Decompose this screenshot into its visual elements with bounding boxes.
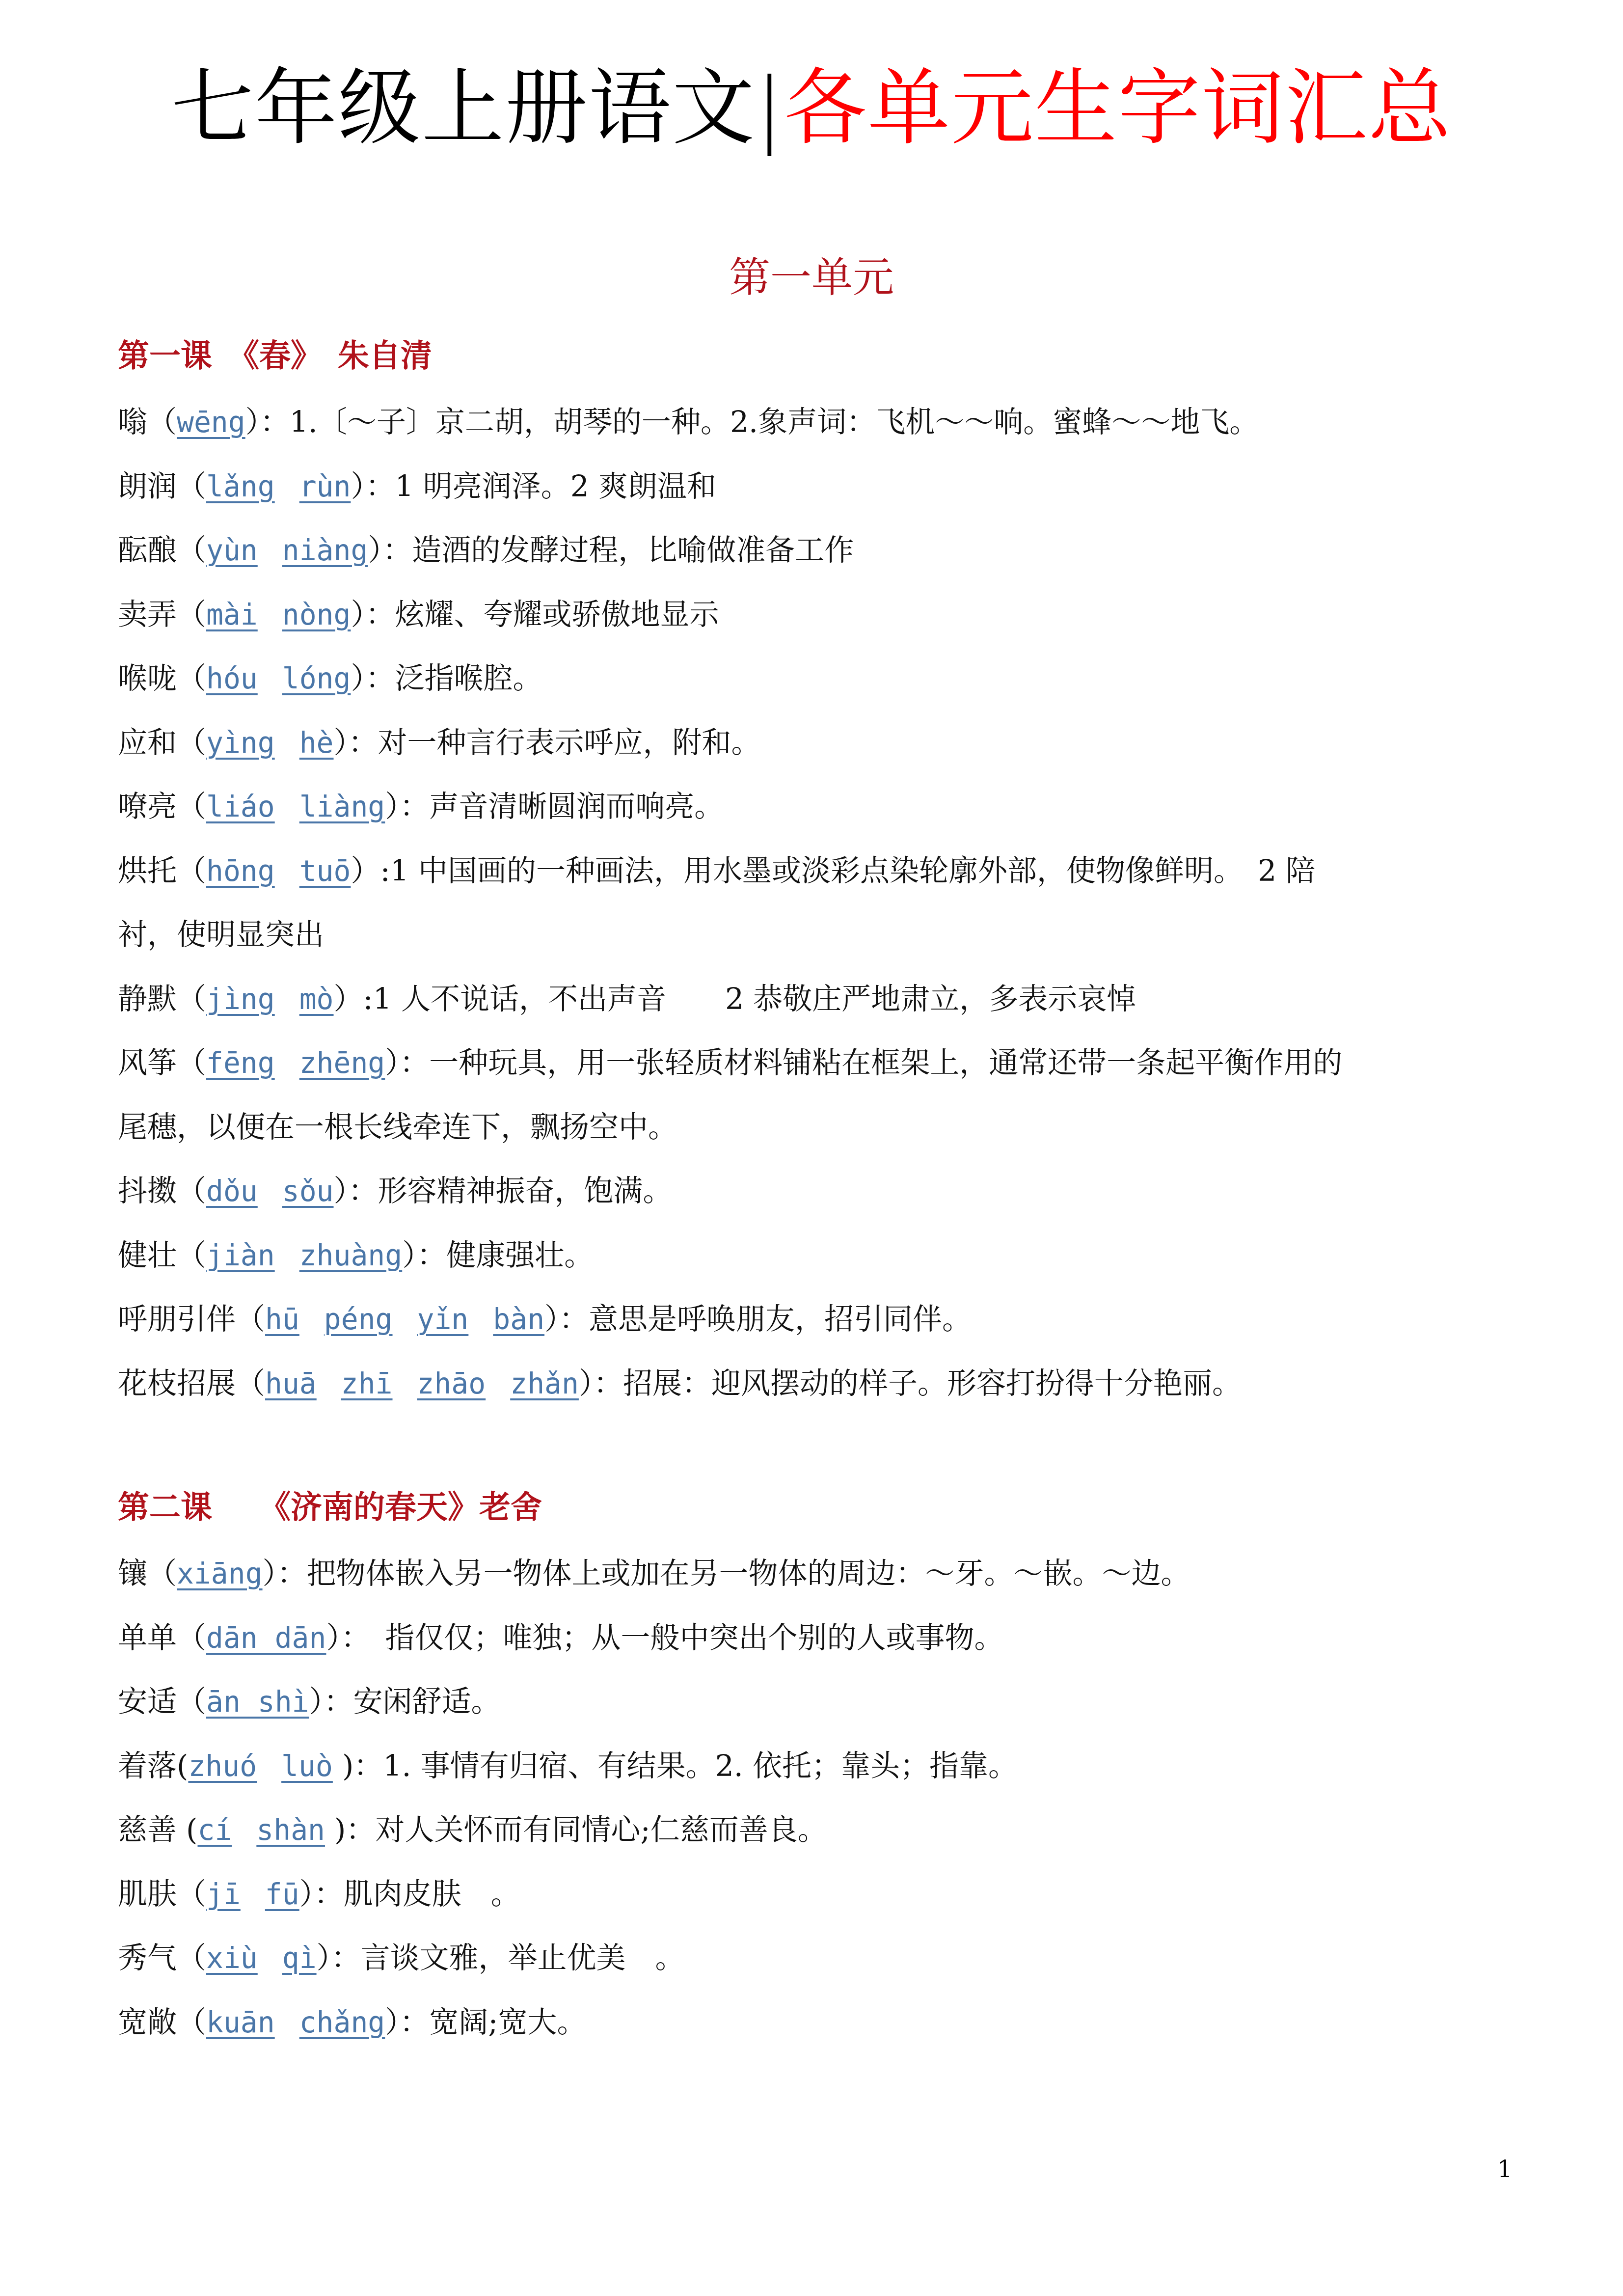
vocab-word: 单单 (118, 1621, 177, 1655)
title-subject: 各单元生字词汇总 (784, 60, 1452, 156)
vocab-definition: ： 指仅仅；唯独；从一般中突出个别的人或事物。 (341, 1621, 1003, 1655)
pinyin: luò (281, 1749, 333, 1783)
paren-close: ) (325, 1813, 346, 1847)
vocab-definition: ：言谈文雅，举止优美 。 (331, 1941, 685, 1975)
pinyin: hè (299, 726, 334, 760)
vocab-word: 静默 (118, 982, 177, 1016)
paren-close: ） (385, 2005, 400, 2040)
vocab-definition: ：健康强壮。 (417, 1238, 594, 1273)
vocab-entry: 着落(zhuóluò )：1. 事情有归宿、有结果。2. 依托；靠头；指靠。 (118, 1744, 1018, 1788)
vocab-entry: 肌肤（jīfū）：肌肉皮肤 。 (118, 1872, 520, 1916)
vocab-definition-continued: 衬，使明显突出 (118, 913, 324, 957)
pinyin: wēng (177, 406, 245, 439)
vocab-definition: ：炫耀、夸耀或骄傲地显示 (365, 598, 719, 632)
vocab-definition: ：意思是呼唤朋友，招引同伴。 (559, 1302, 972, 1337)
paren-close: ） (385, 790, 400, 824)
paren-open: （ (177, 1238, 206, 1273)
pinyin: sǒu (282, 1175, 334, 1208)
vocab-word: 慈善 (118, 1813, 177, 1847)
paren-open: （ (177, 1685, 206, 1719)
paren-open: （ (177, 1621, 206, 1655)
pinyin: nòng (282, 598, 351, 631)
pinyin: dǒu (206, 1175, 258, 1208)
vocab-word: 花枝招展 (118, 1367, 236, 1401)
paren-open: ( (177, 1749, 188, 1783)
vocab-definition: ：肌肉皮肤 。 (314, 1877, 520, 1912)
paren-open: （ (147, 1557, 177, 1591)
pinyin: hū (265, 1303, 299, 1336)
pinyin: zhāo (417, 1367, 486, 1400)
pinyin: fū (265, 1878, 299, 1911)
lesson-heading: 第二课 《济南的春天》老舍 (118, 1485, 542, 1530)
vocab-definition: ：招展：迎风摆动的样子。形容打扮得十分艳丽。 (594, 1367, 1242, 1401)
paren-close: ） (368, 533, 382, 568)
pinyin: tuō (299, 854, 351, 888)
vocab-entry: 秀气（xiùqì）：言谈文雅，举止优美 。 (118, 1936, 685, 1980)
pinyin: xiāng (177, 1557, 263, 1590)
paren-close: ） (579, 1367, 594, 1401)
paren-open: （ (177, 469, 206, 504)
pinyin: yǐn (417, 1303, 469, 1336)
paren-open: （ (177, 790, 206, 824)
pinyin: qì (282, 1941, 317, 1975)
vocab-definition: ：安闲舒适。 (324, 1685, 501, 1719)
vocab-word: 健壮 (118, 1238, 177, 1273)
vocab-definition: ：把物体嵌入另一物体上或加在另一物体的周边：～牙。～嵌。～边。 (277, 1557, 1190, 1591)
vocab-entry: 花枝招展（huāzhīzhāozhǎn）：招展：迎风摆动的样子。形容打扮得十分艳… (118, 1362, 1242, 1406)
paren-close: ） (334, 726, 349, 760)
vocab-definition: :1 中国画的一种画法，用水墨或淡彩点染轮廓外部，使物像鲜明。 2 陪 (380, 854, 1315, 888)
pinyin: shàn (256, 1813, 325, 1847)
vocab-word: 朗润 (118, 469, 177, 504)
pinyin: lóng (282, 662, 351, 695)
vocab-entry: 健壮（jiànzhuàng）：健康强壮。 (118, 1233, 594, 1278)
vocab-word: 呼朋引伴 (118, 1302, 236, 1337)
pinyin: cí (197, 1813, 232, 1847)
vocab-word: 烘托 (118, 854, 177, 888)
pinyin: fēng (206, 1046, 275, 1080)
vocab-definition-continued: 尾穗，以便在一根长线牵连下，飘扬空中。 (118, 1105, 677, 1149)
paren-open: （ (236, 1367, 265, 1401)
document-title: 七年级上册语文|各单元生字词汇总 (0, 59, 1623, 157)
pinyin: dān dān (206, 1621, 326, 1655)
vocab-word: 应和 (118, 726, 177, 760)
vocab-definition: ：形容精神振奋，饱满。 (349, 1174, 673, 1208)
page-number: 1 (1497, 2156, 1513, 2183)
vocab-word: 秀气 (118, 1941, 177, 1975)
pinyin: niàng (282, 534, 368, 567)
vocab-entry: 镶（xiāng）：把物体嵌入另一物体上或加在另一物体的周边：～牙。～嵌。～边。 (118, 1552, 1190, 1596)
paren-open: （ (177, 661, 206, 696)
paren-close: ） (326, 1621, 341, 1655)
paren-close: ） (299, 1877, 314, 1912)
vocab-entry: 静默（jìngmò）:1 人不说话，不出声音 2 恭敬庄严地肃立，多表示哀悼 (118, 977, 1136, 1021)
pinyin: huā (265, 1367, 317, 1400)
pinyin: bàn (493, 1303, 544, 1336)
vocab-word: 酝酿 (118, 533, 177, 568)
vocab-definition: ：一种玩具，用一张轻质材料铺粘在框架上，通常还带一条起平衡作用的 (400, 1046, 1342, 1080)
vocab-definition: ：1. 事情有归宿、有结果。2. 依托；靠头；指靠。 (353, 1749, 1018, 1783)
pinyin: zhuàng (299, 1239, 403, 1272)
pinyin: jī (206, 1878, 241, 1911)
pinyin: zhǎn (510, 1367, 579, 1400)
lesson-heading: 第一课 《春》 朱自清 (118, 334, 432, 378)
paren-close: ） (309, 1685, 324, 1719)
vocab-entry: 酝酿（yùnniàng）：造酒的发酵过程，比喻做准备工作 (118, 528, 854, 573)
paren-close: ） (351, 854, 380, 888)
vocab-entry: 应和（yìnghè）：对一种言行表示呼应，附和。 (118, 721, 761, 765)
vocab-entry: 朗润（lǎngrùn）：1 明亮润泽。2 爽朗温和 (118, 465, 716, 509)
vocab-word: 卖弄 (118, 598, 177, 632)
paren-open: （ (177, 533, 206, 568)
pinyin: hóu (206, 662, 258, 695)
vocab-entry: 烘托（hōngtuō）:1 中国画的一种画法，用水墨或淡彩点染轮廓外部，使物像鲜… (118, 849, 1315, 893)
pinyin: péng (324, 1303, 393, 1336)
paren-open: （ (236, 1302, 265, 1337)
paren-open: （ (177, 598, 206, 632)
vocab-entry: 安适（ān shì）：安闲舒适。 (118, 1680, 501, 1724)
paren-close: ） (263, 1557, 277, 1591)
vocab-word: 肌肤 (118, 1877, 177, 1912)
pinyin: mài (206, 598, 258, 631)
vocab-word: 镶 (118, 1557, 147, 1591)
paren-open: ( (177, 1813, 197, 1847)
paren-close: ） (351, 469, 365, 504)
paren-open: （ (177, 1941, 206, 1975)
vocab-word: 喉咙 (118, 661, 177, 696)
pinyin: kuān (206, 2006, 275, 2039)
vocab-entry: 单单（dān dān）： 指仅仅；唯独；从一般中突出个别的人或事物。 (118, 1616, 1003, 1660)
paren-close: ） (334, 1174, 349, 1208)
vocab-definition: ：1 明亮润泽。2 爽朗温和 (365, 469, 716, 504)
vocab-definition: ：对人关怀而有同情心;仁慈而善良。 (346, 1813, 827, 1847)
vocab-definition: ：造酒的发酵过程，比喻做准备工作 (382, 533, 854, 568)
vocab-word: 着落 (118, 1749, 177, 1783)
vocab-word: 嘹亮 (118, 790, 177, 824)
vocab-entry: 宽敞（kuānchǎng）：宽阔;宽大。 (118, 2000, 587, 2045)
vocab-word: 安适 (118, 1685, 177, 1719)
pinyin: zhī (341, 1367, 393, 1400)
paren-close: ） (402, 1238, 417, 1273)
pinyin: zhēng (299, 1046, 385, 1080)
paren-close: ） (385, 1046, 400, 1080)
pinyin: chǎng (299, 2006, 385, 2039)
pinyin: liáo (206, 790, 275, 823)
vocab-entry: 慈善 (císhàn )：对人关怀而有同情心;仁慈而善良。 (118, 1808, 827, 1852)
paren-open: （ (177, 982, 206, 1016)
pinyin: jiàn (206, 1239, 275, 1272)
vocab-entry: 嗡（wēng）：1.〔～子〕京二胡，胡琴的一种。2.象声词：飞机～～响。蜜蜂～～… (118, 400, 1259, 444)
pinyin: zhuó (188, 1749, 257, 1783)
vocab-definition: ：泛指喉腔。 (365, 661, 542, 696)
paren-close: ） (351, 661, 365, 696)
title-grade: 七年级上册语文 (171, 60, 756, 156)
paren-open: （ (177, 1174, 206, 1208)
vocab-word: 抖擞 (118, 1174, 177, 1208)
vocab-definition: ：宽阔;宽大。 (400, 2005, 586, 2040)
pinyin: jìng (206, 983, 275, 1016)
vocab-definition: ：1.〔～子〕京二胡，胡琴的一种。2.象声词：飞机～～响。蜜蜂～～地飞。 (260, 405, 1259, 439)
vocab-word: 风筝 (118, 1046, 177, 1080)
pinyin: rùn (299, 470, 351, 503)
pinyin: xiù (206, 1941, 258, 1975)
vocab-entry: 卖弄（màinòng）：炫耀、夸耀或骄傲地显示 (118, 593, 719, 637)
title-separator: | (756, 60, 784, 156)
pinyin: yìng (206, 726, 275, 760)
paren-close: ) (333, 1749, 353, 1783)
vocab-entry: 抖擞（dǒusǒu）：形容精神振奋，饱满。 (118, 1169, 673, 1213)
vocab-definition: ：声音清晰圆润而响亮。 (400, 790, 724, 824)
paren-open: （ (177, 854, 206, 888)
vocab-word: 嗡 (118, 405, 147, 439)
paren-close: ） (245, 405, 260, 439)
paren-open: （ (177, 2005, 206, 2040)
vocab-definition: :1 人不说话，不出声音 2 恭敬庄严地肃立，多表示哀悼 (363, 982, 1136, 1016)
vocab-entry: 呼朋引伴（hūpéngyǐnbàn）：意思是呼唤朋友，招引同伴。 (118, 1297, 972, 1341)
paren-open: （ (177, 726, 206, 760)
pinyin: ān shì (206, 1685, 309, 1719)
paren-open: （ (177, 1046, 206, 1080)
paren-close: ） (317, 1941, 331, 1975)
unit-heading: 第一单元 (0, 248, 1623, 307)
vocab-word: 宽敞 (118, 2005, 177, 2040)
vocab-entry: 喉咙（hóulóng）：泛指喉腔。 (118, 656, 542, 701)
paren-close: ） (351, 598, 365, 632)
pinyin: yùn (206, 534, 258, 567)
pinyin: hōng (206, 854, 275, 888)
paren-close: ） (334, 982, 363, 1016)
pinyin: lǎng (206, 470, 275, 503)
paren-open: （ (147, 405, 177, 439)
pinyin: mò (299, 983, 334, 1016)
paren-close: ） (544, 1302, 559, 1337)
paren-open: （ (177, 1877, 206, 1912)
vocab-entry: 风筝（fēngzhēng）：一种玩具，用一张轻质材料铺粘在框架上，通常还带一条起… (118, 1041, 1342, 1085)
vocab-entry: 嘹亮（liáoliàng）：声音清晰圆润而响亮。 (118, 785, 724, 829)
pinyin: liàng (299, 790, 385, 823)
vocab-definition: ：对一种言行表示呼应，附和。 (349, 726, 761, 760)
